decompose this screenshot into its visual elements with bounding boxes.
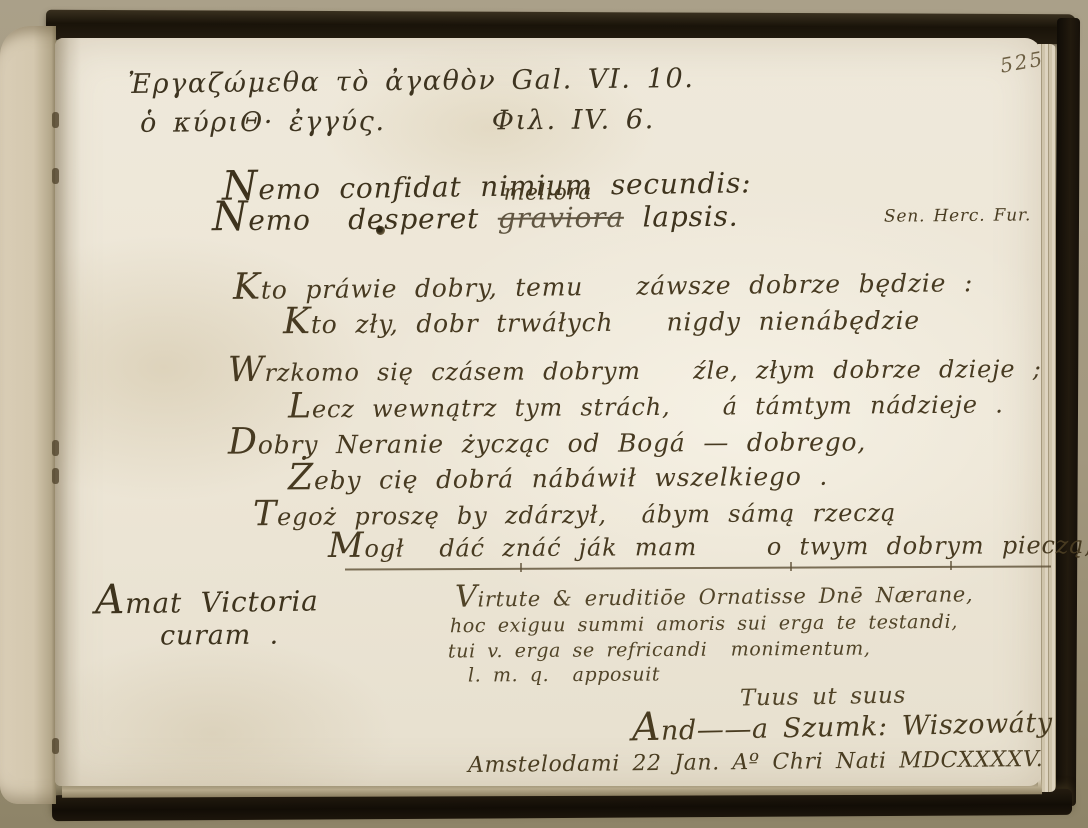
- polish-verse-2: Kto zły, dobr trwáłych nigdy nienábędzie: [283, 304, 920, 339]
- divider-tick: [790, 562, 792, 571]
- stitch-mark: [52, 738, 59, 754]
- stitch-mark: [52, 468, 59, 484]
- greek-epigraph-line-2: ὁ κύριΘ· ἐγγύς. Φιλ. IV. 6.: [140, 104, 655, 139]
- struck-word: graviora: [498, 201, 624, 235]
- divider-tick: [950, 561, 952, 570]
- latin-line2-prefix: Nemo desperet: [212, 202, 498, 237]
- latin-epigraph-line-2: Nemo desperet melioragraviora lapsis.: [212, 198, 739, 238]
- dedication-line-2: hoc exiguu summi amoris sui erga te test…: [450, 611, 958, 637]
- correction-wrap: melioragraviora: [498, 201, 624, 235]
- gutter-shadow: [55, 38, 81, 786]
- stitch-mark: [52, 168, 59, 184]
- motto-line-2: curam .: [160, 619, 279, 651]
- dedication-line-4: l. m. q. apposuit: [468, 663, 660, 686]
- facing-page: [0, 26, 56, 804]
- polish-verse-5: Dobry Neranie życząc od Bogá — dobrego,: [228, 425, 866, 459]
- polish-verse-3: Wrzkomo się czásem dobrym źle, złym dobr…: [228, 354, 1042, 387]
- valediction: Tuus ut suus: [740, 683, 906, 712]
- greek-epigraph-line-1: Ἐργαζώμεθα τὸ ἀγαθὸν Gal. VI. 10.: [128, 63, 695, 100]
- stitch-mark: [52, 112, 59, 128]
- ink-blot: [376, 226, 385, 235]
- dedication-line-3: tui v. erga se refricandi monimentum,: [448, 638, 871, 663]
- stitch-mark: [52, 440, 59, 456]
- divider-tick: [520, 563, 522, 572]
- album-cover-right-edge: [1053, 18, 1080, 806]
- polish-verse-8: Mogł dáć znáć ják mam o twym dobrym piec…: [328, 530, 1088, 563]
- polish-verse-4: Lecz wewnątrz tym strách, á támtym nádzi…: [288, 390, 1004, 424]
- latin-line2-suffix: lapsis.: [624, 200, 739, 234]
- motto-line-1: Amat Victoria: [95, 582, 319, 620]
- polish-verse-6: Żeby cię dobrá nábáwił wszelkiego .: [288, 460, 828, 496]
- source-citation: Sen. Herc. Fur.: [884, 205, 1031, 226]
